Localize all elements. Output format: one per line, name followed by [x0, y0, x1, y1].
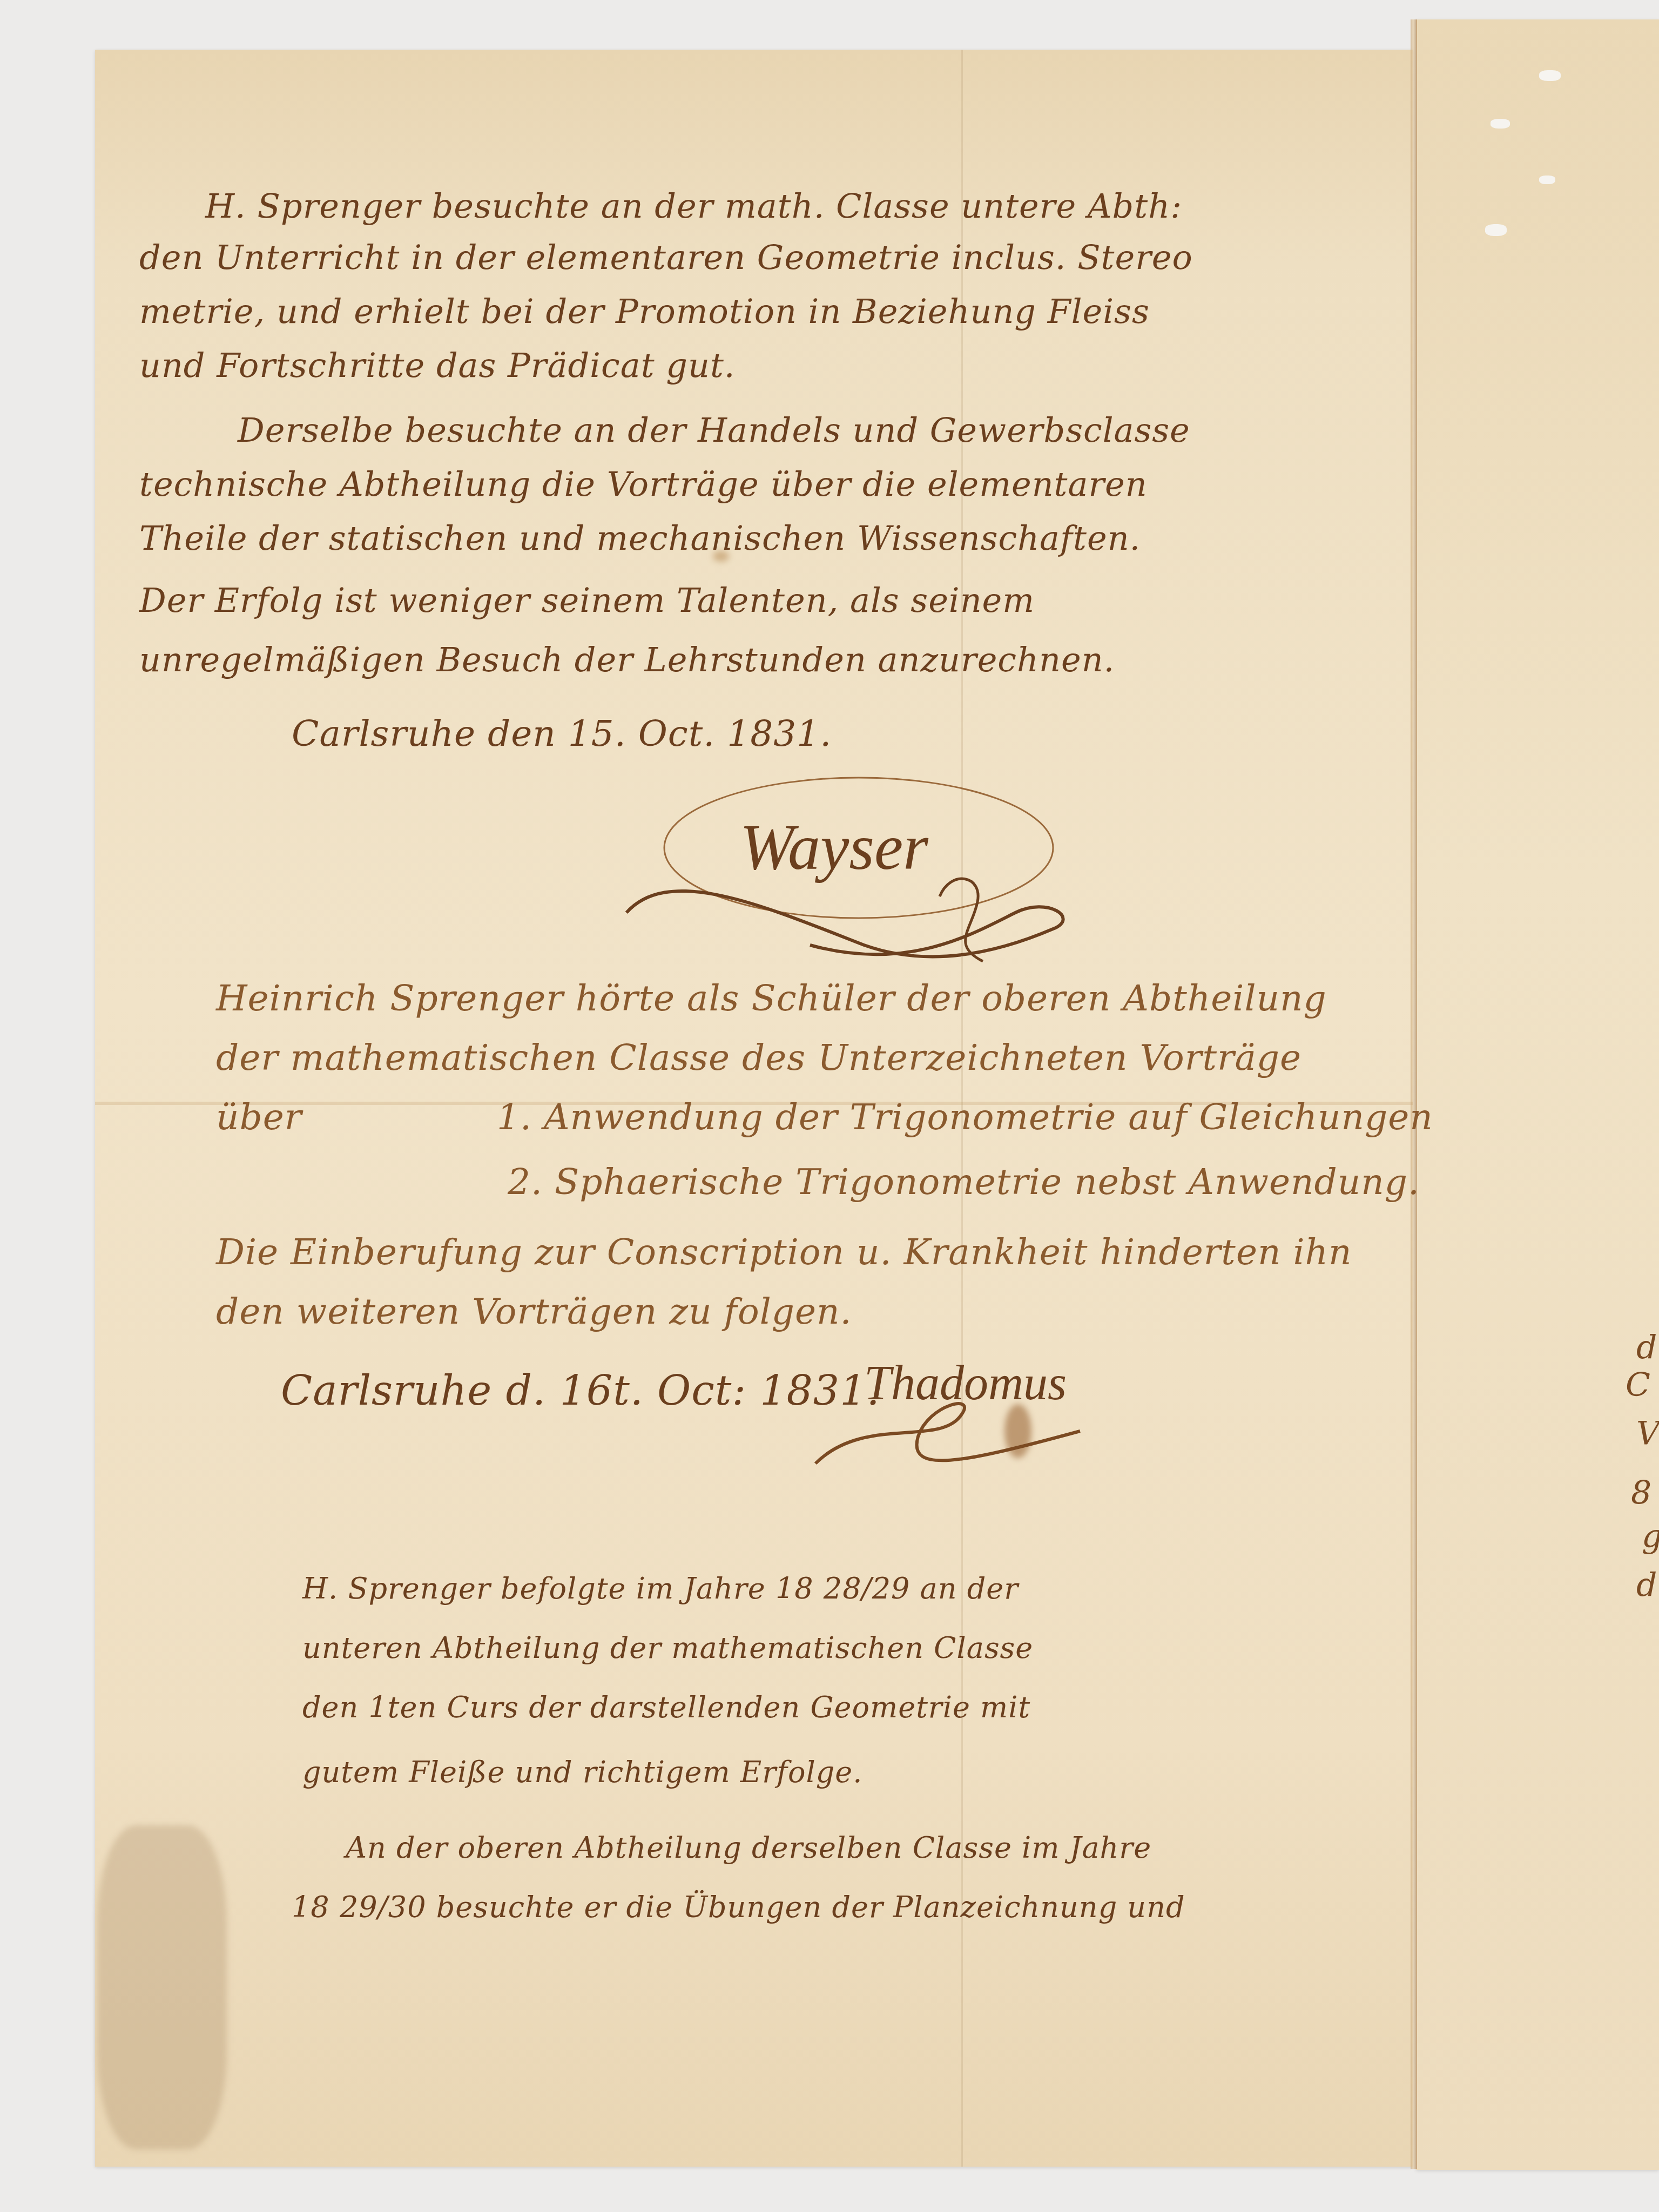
text-line: Heinrich Sprenger hörte als Schüler der …: [216, 977, 1327, 1019]
adjacent-page-fragment: [1416, 19, 1659, 2170]
text-line: metrie, und erhielt bei der Promotion in…: [139, 292, 1150, 331]
worm-hole: [1539, 70, 1561, 81]
text-fragment: V: [1636, 1415, 1659, 1453]
text-line: Der Erfolg ist weniger seinem Talenten, …: [139, 581, 1035, 620]
text-fragment: d: [1636, 1566, 1657, 1604]
text-line: Die Einberufung zur Conscription u. Kran…: [216, 1231, 1352, 1273]
text-fragment: d: [1636, 1328, 1657, 1366]
topic-item: 2. Sphaerische Trigonometrie nebst Anwen…: [508, 1161, 1420, 1203]
text-line: H. Sprenger befolgte im Jahre 18 28/29 a…: [302, 1572, 1019, 1606]
text-line: Theile der statischen und mechanischen W…: [139, 518, 1141, 558]
text-fragment: C: [1626, 1366, 1650, 1404]
signature-flourish-icon: [799, 1382, 1102, 1491]
text-line: Derselbe besuchte an der Handels und Gew…: [238, 410, 1190, 450]
worm-hole: [1491, 119, 1510, 129]
signature-wayser: Wayser: [740, 810, 928, 885]
text-line: den Unterricht in der elementaren Geomet…: [139, 238, 1193, 277]
worm-hole: [1539, 176, 1555, 184]
text-fragment: g: [1642, 1518, 1659, 1555]
text-line: 18 29/30 besuchte er die Übungen der Pla…: [292, 1890, 1185, 1924]
water-stain: [97, 1825, 227, 2149]
text-line: unteren Abtheilung der mathematischen Cl…: [302, 1631, 1033, 1665]
text-line: An der oberen Abtheilung derselben Class…: [346, 1831, 1151, 1865]
text-line: und Fortschritte das Prädicat gut.: [139, 346, 736, 385]
text-line: den 1ten Curs der darstellenden Geometri…: [302, 1690, 1030, 1724]
worm-hole: [1485, 224, 1507, 236]
text-line: den weiteren Vorträgen zu folgen.: [216, 1291, 852, 1332]
text-line: gutem Fleiße und richtigem Erfolge.: [302, 1755, 862, 1789]
text-grade-line: und Fortschritte das Prädicat gut.: [139, 346, 736, 385]
text-fragment: 8: [1631, 1474, 1651, 1512]
topic-item: 1. Anwendung der Trigonometrie auf Gleic…: [497, 1096, 1433, 1138]
date-line: Carlsruhe d. 16t. Oct: 1831.: [281, 1366, 880, 1414]
date-line: Carlsruhe den 15. Oct. 1831.: [292, 713, 832, 754]
text-line: technische Abtheilung die Vorträge über …: [139, 464, 1148, 504]
text-line: der mathematischen Classe des Unterzeich…: [216, 1037, 1301, 1078]
page-spine-fold: [1411, 19, 1417, 2169]
text-line: über: [216, 1096, 302, 1138]
text-line: unregelmäßigen Besuch der Lehrstunden an…: [139, 640, 1115, 679]
text-line: H. Sprenger besuchte an der math. Classe…: [205, 186, 1182, 226]
